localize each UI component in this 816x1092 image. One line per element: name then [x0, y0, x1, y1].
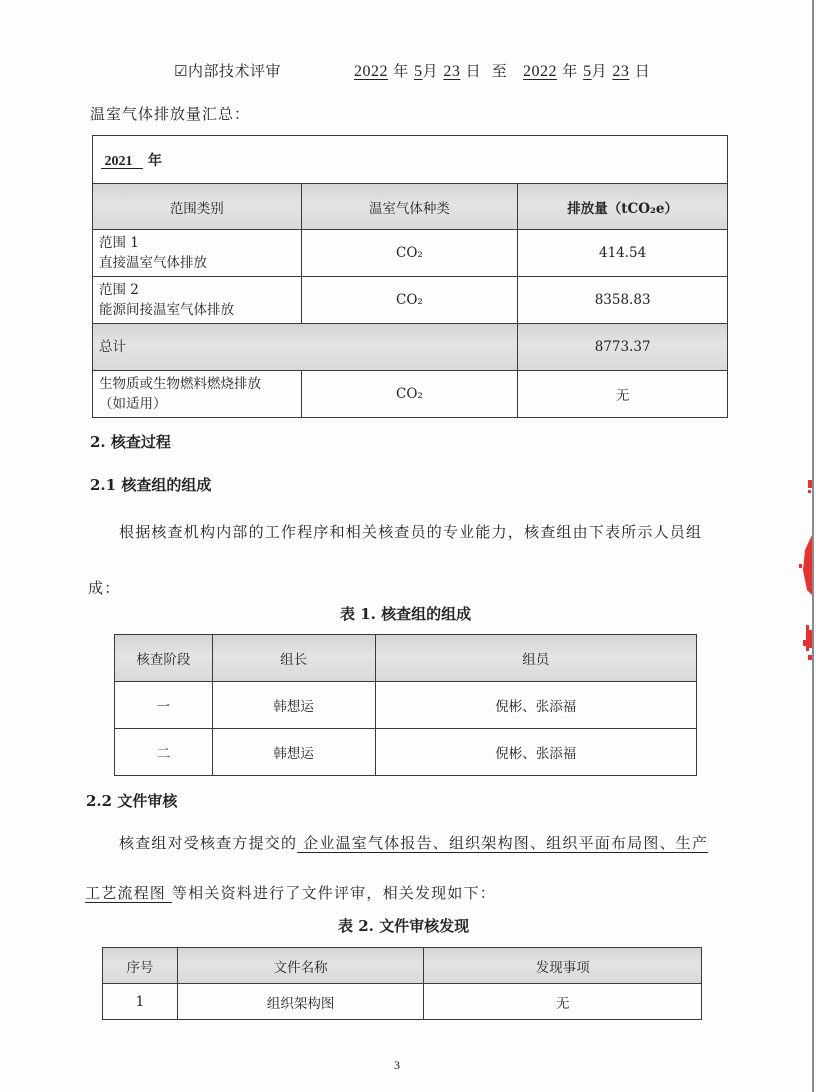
document-review-table: 序号 文件名称 发现事项 1 组织架构图 无	[102, 947, 702, 1020]
checkbox-checked-icon: ☑	[174, 62, 188, 80]
gas-cell: CO₂	[301, 371, 518, 418]
total-label: 总计	[93, 324, 518, 371]
unit: 月	[423, 62, 439, 80]
stage-cell: 二	[115, 729, 213, 776]
amount-cell: 414.54	[518, 230, 728, 277]
header-finding: 发现事项	[424, 948, 702, 984]
leader-cell: 韩想运	[212, 729, 375, 776]
underlined-doc-list: 工艺流程图	[85, 884, 172, 902]
paragraph-text: 等相关资料进行了文件评审，相关发现如下：	[172, 884, 496, 902]
start-month: 5	[414, 63, 423, 80]
end-day: 23	[612, 63, 629, 80]
biomass-row: 生物质或生物燃料燃烧排放（如适用） CO₂ 无	[93, 371, 728, 418]
amount-cell: 8358.83	[518, 277, 728, 324]
header-gas: 温室气体种类	[301, 184, 518, 230]
table-row: 范围 2能源间接温室气体排放 CO₂ 8358.83	[93, 277, 728, 324]
ghg-summary-label: 温室气体排放量汇总：	[90, 103, 250, 124]
unit: 月	[592, 62, 608, 80]
end-month: 5	[583, 63, 592, 80]
scope-cell: 范围 2能源间接温室气体排放	[93, 277, 302, 324]
total-amount: 8773.37	[518, 324, 728, 371]
paragraph-line: 工艺流程图 等相关资料进行了文件评审，相关发现如下：	[85, 882, 496, 903]
year-row: 2021 年	[93, 136, 728, 184]
header-members: 组员	[375, 635, 696, 682]
start-day: 23	[443, 63, 460, 80]
header-no: 序号	[103, 948, 178, 984]
biomass-label: 生物质或生物燃料燃烧排放（如适用）	[93, 371, 302, 418]
no-cell: 1	[103, 984, 178, 1020]
doc-name-cell: 组织架构图	[177, 984, 424, 1020]
unit: 年	[562, 62, 578, 80]
paragraph-line: 根据核查机构内部的工作程序和相关核查员的专业能力，核查组由下表所示人员组	[119, 521, 702, 542]
header-row: 范围类别 温室气体种类 排放量（tCO₂e）	[93, 184, 728, 230]
review-label: 内部技术评审	[188, 62, 281, 80]
header-stage: 核查阶段	[115, 635, 213, 682]
total-row: 总计 8773.37	[93, 324, 728, 371]
ghg-summary-table: 2021 年 范围类别 温室气体种类 排放量（tCO₂e） 范围 1直接温室气体…	[92, 135, 728, 418]
year-cell: 2021 年	[93, 136, 728, 184]
amount-cell: 无	[518, 371, 728, 418]
end-year: 2022	[523, 63, 557, 80]
unit: 日	[635, 62, 651, 80]
paragraph-line: 核查组对受核查方提交的 企业温室气体报告、组织架构图、组织平面布局图、生产	[119, 832, 708, 853]
gas-cell: CO₂	[301, 230, 518, 277]
section-heading: 2. 核查过程	[90, 431, 171, 452]
table-row: 二 韩想运 倪彬、张添福	[115, 729, 697, 776]
members-cell: 倪彬、张添福	[375, 682, 696, 729]
header-doc-name: 文件名称	[177, 948, 424, 984]
header-amount: 排放量（tCO₂e）	[518, 184, 728, 230]
scope-cell: 范围 1直接温室气体排放	[93, 230, 302, 277]
paragraph-text: 核查组对受核查方提交的	[119, 834, 297, 852]
year-unit: 年	[148, 153, 162, 169]
unit: 日	[466, 62, 482, 80]
unit: 年	[393, 62, 409, 80]
internal-review-line: ☑内部技术评审 2022 年 5月 23 日 至 2022 年 5月 23 日	[174, 60, 684, 84]
leader-cell: 韩想运	[212, 682, 375, 729]
header-row: 序号 文件名称 发现事项	[103, 948, 702, 984]
underlined-doc-list: 企业温室气体报告、组织架构图、组织平面布局图、生产	[297, 834, 708, 852]
date-separator: 至	[492, 62, 508, 80]
seal-stamp-fragment	[795, 480, 812, 660]
header-scope: 范围类别	[93, 184, 302, 230]
header-row: 核查阶段 组长 组员	[115, 635, 697, 682]
table-row: 一 韩想运 倪彬、张添福	[115, 682, 697, 729]
start-year: 2022	[354, 63, 388, 80]
table-caption: 表 1. 核查组的组成	[340, 603, 471, 624]
header-leader: 组长	[212, 635, 375, 682]
finding-cell: 无	[424, 984, 702, 1020]
gas-cell: CO₂	[301, 277, 518, 324]
subsection-heading: 2.1 核查组的组成	[90, 474, 211, 495]
page-number: 3	[394, 1058, 400, 1073]
year-value: 2021	[101, 154, 143, 169]
paragraph-line: 成：	[88, 577, 120, 598]
table-row: 1 组织架构图 无	[103, 984, 702, 1020]
table-caption: 表 2. 文件审核发现	[338, 915, 469, 936]
stage-cell: 一	[115, 682, 213, 729]
verification-team-table: 核查阶段 组长 组员 一 韩想运 倪彬、张添福 二 韩想运 倪彬、张添福	[114, 634, 697, 776]
page-edge	[812, 0, 814, 1092]
table-row: 范围 1直接温室气体排放 CO₂ 414.54	[93, 230, 728, 277]
review-dates: 2022 年 5月 23 日 至 2022 年 5月 23 日	[354, 60, 650, 81]
subsection-heading: 2.2 文件审核	[86, 790, 177, 811]
members-cell: 倪彬、张添福	[375, 729, 696, 776]
